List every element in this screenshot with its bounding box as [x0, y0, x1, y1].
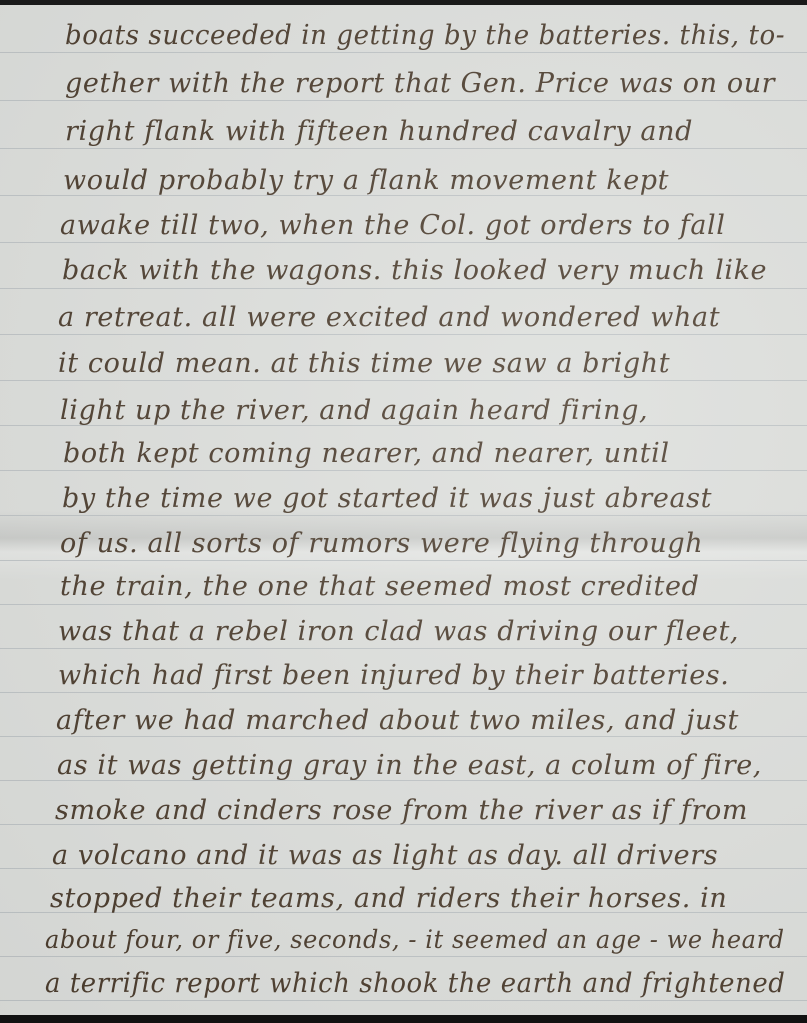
text-line-9: light up the river, and again heard firi… — [60, 395, 648, 426]
text-line-2: gether with the report that Gen. Price w… — [65, 68, 775, 99]
ruled-line — [0, 692, 807, 693]
text-line-7: a retreat. all were excited and wondered… — [58, 302, 720, 333]
text-line-21: about four, or five, seconds, - it seeme… — [45, 925, 785, 954]
text-line-10: both kept coming nearer, and nearer, unt… — [63, 438, 670, 469]
letter-page: boats succeeded in getting by the batter… — [0, 5, 807, 1015]
text-line-16: after we had marched about two miles, an… — [56, 705, 739, 736]
text-line-19: a volcano and it was as light as day. al… — [52, 840, 718, 871]
ruled-line — [0, 100, 807, 101]
ruled-line — [0, 148, 807, 149]
text-line-15: which had first been injured by their ba… — [58, 660, 729, 691]
text-line-5: awake till two, when the Col. got orders… — [60, 210, 726, 241]
scan-edge — [0, 1015, 807, 1023]
ruled-line — [0, 648, 807, 649]
text-line-18: smoke and cinders rose from the river as… — [55, 795, 748, 826]
ruled-line — [0, 604, 807, 605]
ruled-line — [0, 52, 807, 53]
text-line-1: boats succeeded in getting by the batter… — [65, 20, 785, 51]
ruled-line — [0, 334, 807, 335]
ruled-line — [0, 736, 807, 737]
ruled-line — [0, 560, 807, 561]
text-line-13: the train, the one that seemed most cred… — [60, 571, 699, 602]
text-line-11: by the time we got started it was just a… — [62, 483, 712, 514]
text-line-6: back with the wagons. this looked very m… — [62, 255, 767, 286]
text-line-22: a terrific report which shook the earth … — [45, 968, 785, 999]
text-line-12: of us. all sorts of rumors were flying t… — [60, 528, 703, 559]
text-line-20: stopped their teams, and riders their ho… — [50, 883, 727, 914]
text-line-4: would probably try a flank movement kept — [63, 165, 669, 196]
text-line-3: right flank with fifteen hundred cavalry… — [65, 116, 693, 147]
ruled-line — [0, 515, 807, 516]
ruled-line — [0, 380, 807, 381]
ruled-line — [0, 470, 807, 471]
ruled-line — [0, 242, 807, 243]
ruled-line — [0, 288, 807, 289]
text-line-17: as it was getting gray in the east, a co… — [57, 750, 762, 781]
text-line-8: it could mean. at this time we saw a bri… — [58, 348, 670, 379]
ruled-line — [0, 1000, 807, 1001]
text-line-14: was that a rebel iron clad was driving o… — [58, 616, 739, 647]
ruled-line — [0, 956, 807, 957]
